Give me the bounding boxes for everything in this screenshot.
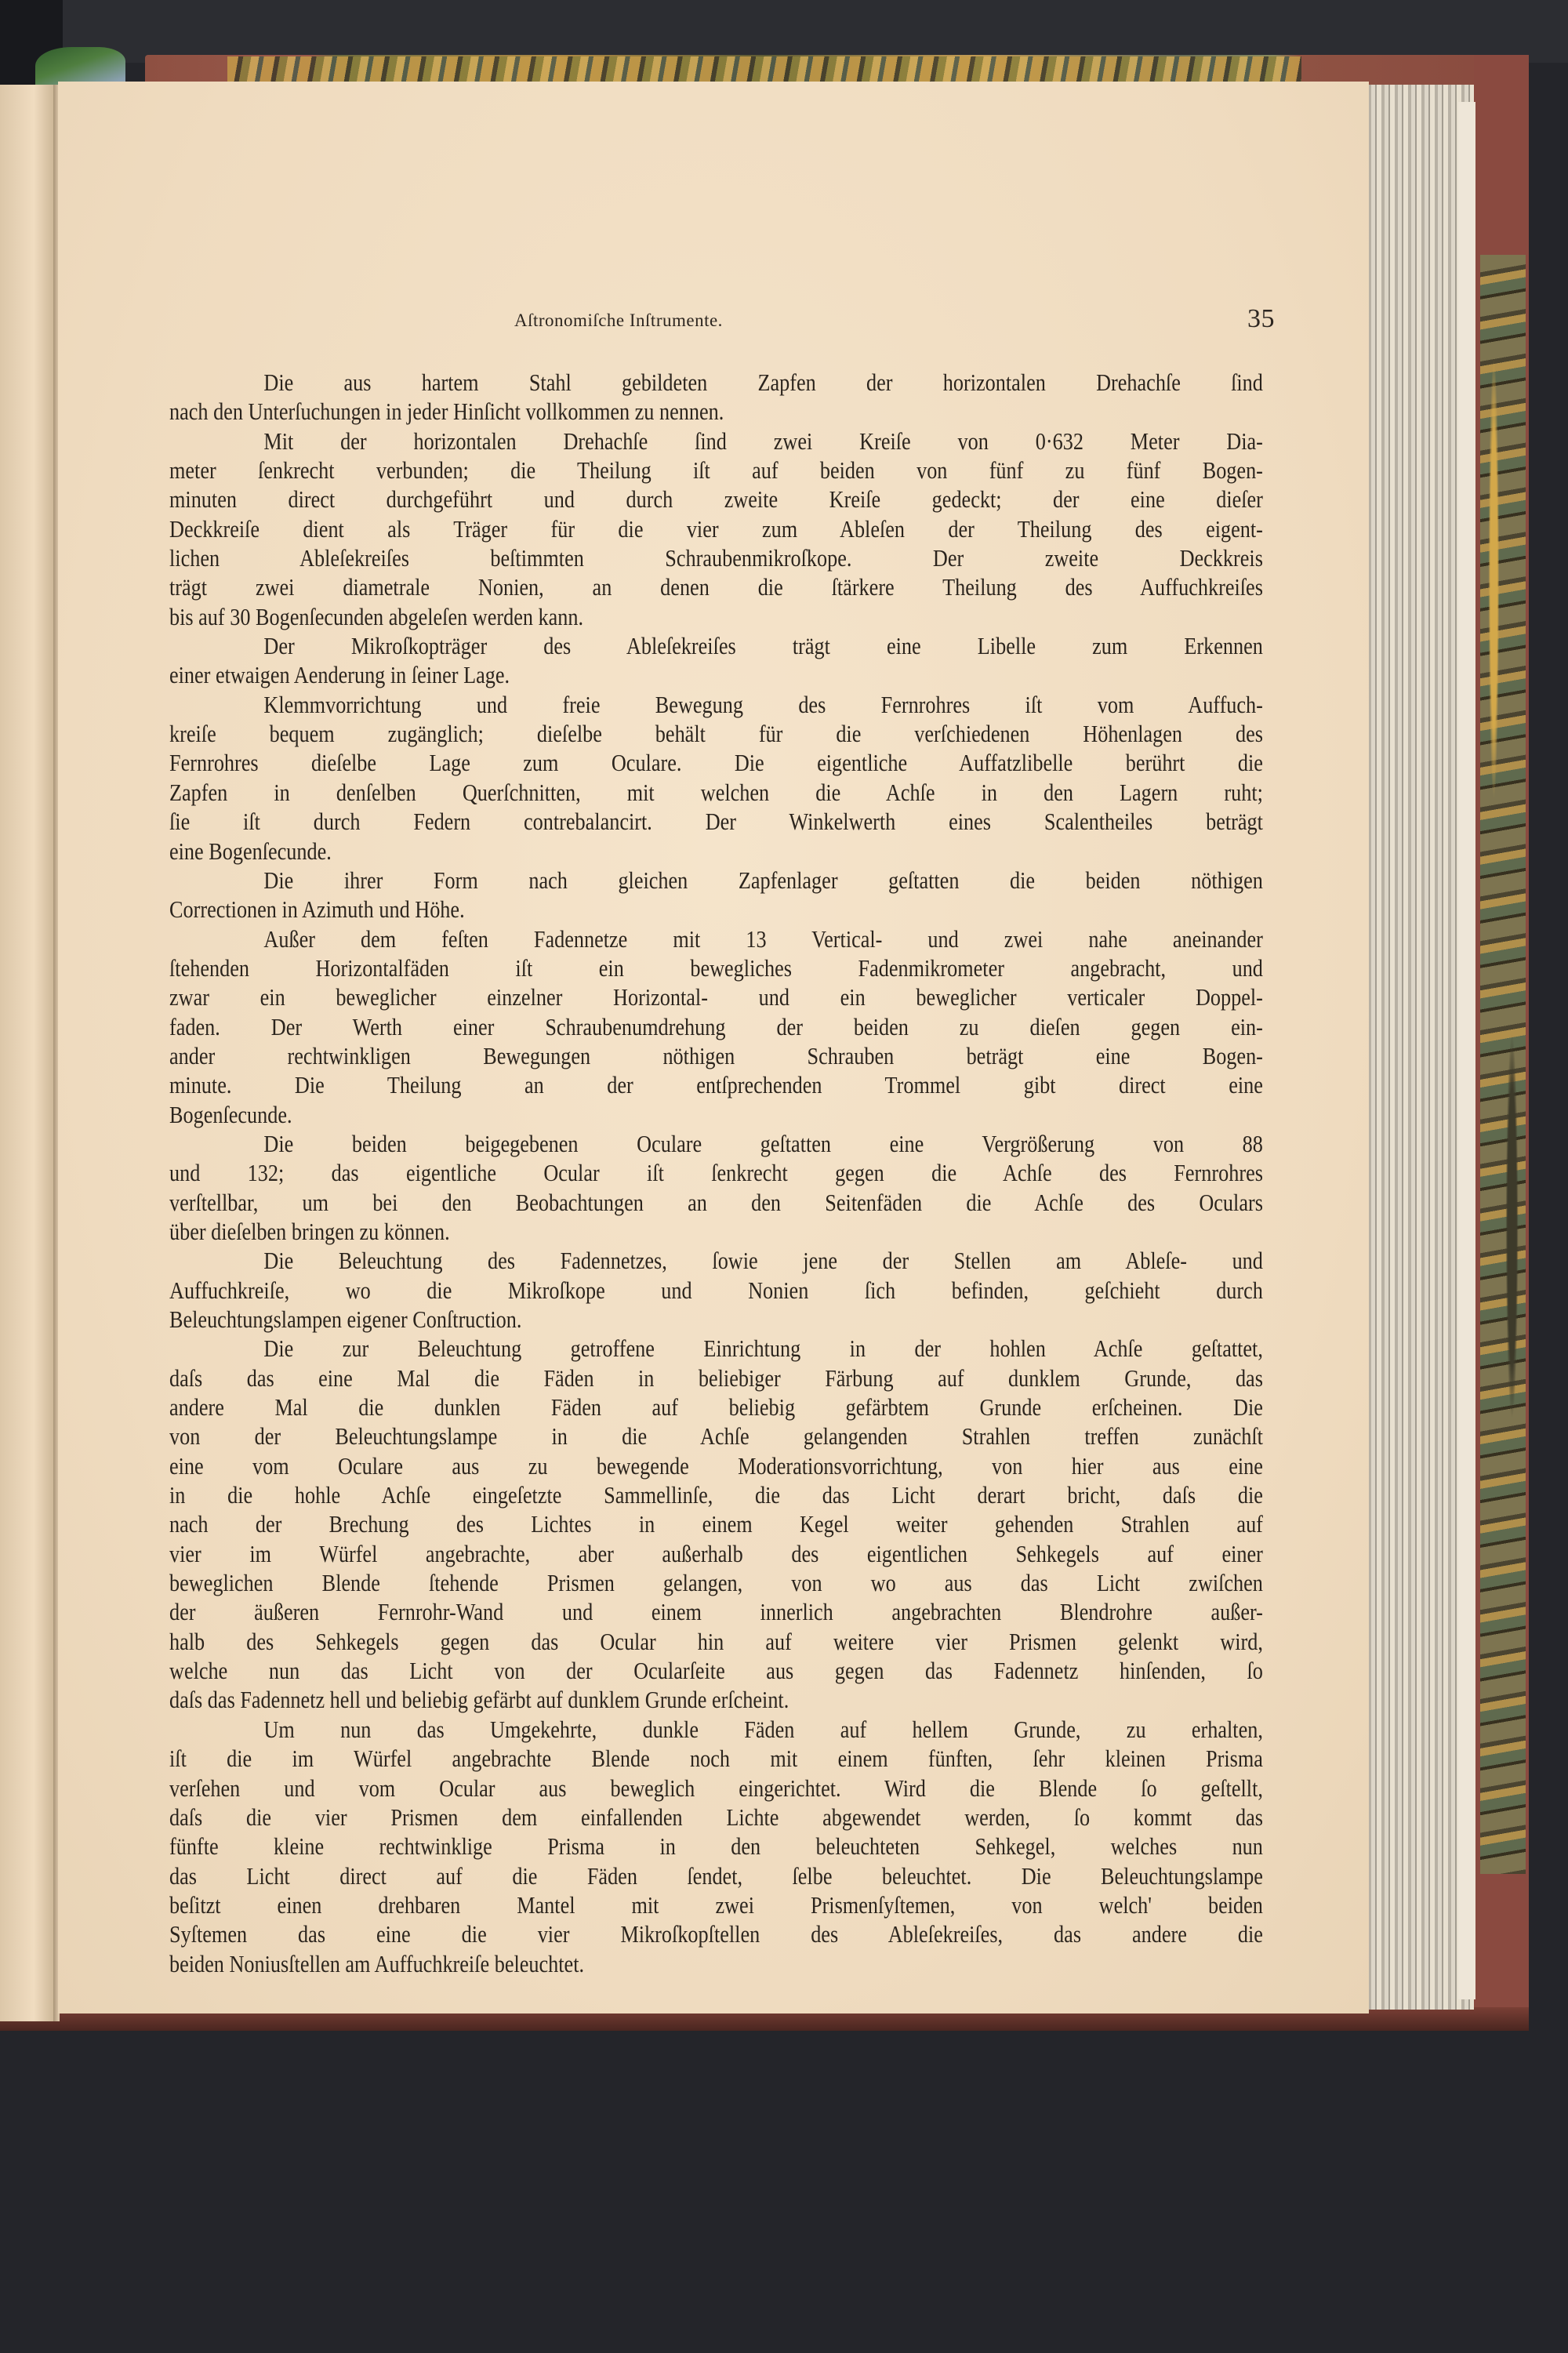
text-line: zwar ein beweglicher einzelner Horizonta… xyxy=(169,983,1263,1012)
paragraph: Die Beleuchtung des Fadennetzes, ſowie j… xyxy=(169,1247,1263,1334)
text-line: verſtellbar, um bei den Beobachtungen an… xyxy=(169,1189,1263,1218)
text-line: ander rechtwinkligen Bewegungen nöthigen… xyxy=(169,1042,1263,1071)
text-line: Syſtemen das eine die vier Mikroſkopſtel… xyxy=(169,1920,1263,1949)
text-line: nach den Unterſuchungen in jeder Hinſich… xyxy=(169,398,1263,427)
running-head: Aſtronomiſche Inſtrumente. 35 xyxy=(169,304,1267,343)
text-line: Der Mikroſkopträger des Ableſekreiſes tr… xyxy=(169,632,1263,661)
text-line: Die beiden beigegebenen Oculare geſtatte… xyxy=(169,1130,1263,1159)
paragraph: Mit der horizontalen Drehachſe ſind zwei… xyxy=(169,427,1263,632)
text-line: von der Beleuchtungslampe in die Achſe g… xyxy=(169,1422,1263,1451)
paragraph: Die aus hartem Stahl gebildeten Zapfen d… xyxy=(169,369,1263,427)
text-line: welche nun das Licht von der Ocularſeite… xyxy=(169,1657,1263,1686)
text-line: nach der Brechung des Lichtes in einem K… xyxy=(169,1510,1263,1539)
text-line: Die ihrer Form nach gleichen Zapfenlager… xyxy=(169,866,1263,895)
text-line: eine Bogenſecunde. xyxy=(169,837,1263,866)
text-line: vier im Würfel angebrachte, aber außerha… xyxy=(169,1540,1263,1569)
text-line: halb des Sehkegels gegen das Ocular hin … xyxy=(169,1628,1263,1657)
paragraph: Die beiden beigegebenen Oculare geſtatte… xyxy=(169,1130,1263,1247)
running-title: Aſtronomiſche Inſtrumente. xyxy=(514,310,723,331)
text-line: der äußeren Fernrohr-Wand und einem inne… xyxy=(169,1598,1263,1627)
text-line: Die aus hartem Stahl gebildeten Zapfen d… xyxy=(169,369,1263,398)
paragraph: Um nun das Umgekehrte, dunkle Fäden auf … xyxy=(169,1716,1263,1979)
page-number: 35 xyxy=(1247,304,1275,334)
text-line: Fernrohres dieſelbe Lage zum Oculare. Di… xyxy=(169,749,1263,778)
paragraph: Der Mikroſkopträger des Ableſekreiſes tr… xyxy=(169,632,1263,691)
left-page-edge xyxy=(0,85,56,2021)
text-line: bis auf 30 Bogenſecunden abgeleſen werde… xyxy=(169,603,1263,632)
text-line: beweglichen Blende ſtehende Prismen gela… xyxy=(169,1569,1263,1598)
text-line: über dieſelben bringen zu können. xyxy=(169,1218,1263,1247)
text-line: Beleuchtungslampen eigener Conſtruction. xyxy=(169,1305,1263,1334)
text-line: Bogenſecunde. xyxy=(169,1101,1263,1130)
text-line: faden. Der Werth einer Schraubenumdrehun… xyxy=(169,1013,1263,1042)
text-line: Correctionen in Azimuth und Höhe. xyxy=(169,895,1263,924)
text-line: minute. Die Theilung an der entſprechend… xyxy=(169,1071,1263,1100)
paragraph: Klemmvorrichtung und freie Bewegung des … xyxy=(169,691,1263,866)
text-line: ſtehenden Horizontalfäden iſt ein bewegl… xyxy=(169,954,1263,983)
text-line: Klemmvorrichtung und freie Bewegung des … xyxy=(169,691,1263,720)
text-line: in die hohle Achſe eingeſetzte Sammellin… xyxy=(169,1481,1263,1510)
text-line: Die Beleuchtung des Fadennetzes, ſowie j… xyxy=(169,1247,1263,1276)
body-text: Die aus hartem Stahl gebildeten Zapfen d… xyxy=(169,369,1263,1979)
text-line: Auffuchkreiſe, wo die Mikroſkope und Non… xyxy=(169,1276,1263,1305)
text-line: einer etwaigen Aenderung in ſeiner Lage. xyxy=(169,661,1263,690)
text-line: beſitzt einen drehbaren Mantel mit zwei … xyxy=(169,1891,1263,1920)
paragraph: Außer dem feſten Fadennetze mit 13 Verti… xyxy=(169,925,1263,1130)
text-line: das Licht direct auf die Fäden ſendet, ſ… xyxy=(169,1862,1263,1891)
text-line: und 132; das eigentliche Ocular iſt ſenk… xyxy=(169,1159,1263,1188)
text-line: Mit der horizontalen Drehachſe ſind zwei… xyxy=(169,427,1263,456)
text-line: Außer dem feſten Fadennetze mit 13 Verti… xyxy=(169,925,1263,954)
paragraph: Die ihrer Form nach gleichen Zapfenlager… xyxy=(169,866,1263,925)
text-line: daſs das Fadennetz hell und beliebig gef… xyxy=(169,1686,1263,1715)
text-line: verſehen und vom Ocular aus beweglich ei… xyxy=(169,1774,1263,1803)
text-line: fünfte kleine rechtwinklige Prisma in de… xyxy=(169,1832,1263,1861)
text-line: eine vom Oculare aus zu bewegende Modera… xyxy=(169,1452,1263,1481)
text-line: Deckkreiſe dient als Träger für die vier… xyxy=(169,515,1263,544)
text-line: kreiſe bequem zugänglich; dieſelbe behäl… xyxy=(169,720,1263,749)
paragraph: Die zur Beleuchtung getroffene Einrichtu… xyxy=(169,1334,1263,1715)
text-line: iſt die im Würfel angebrachte Blende noc… xyxy=(169,1745,1263,1774)
text-line: beiden Noniusſtellen am Auffuchkreiſe be… xyxy=(169,1950,1263,1979)
text-line: Um nun das Umgekehrte, dunkle Fäden auf … xyxy=(169,1716,1263,1745)
marbled-cover-right xyxy=(1480,255,1526,1874)
text-line: trägt zwei diametrale Nonien, an denen d… xyxy=(169,573,1263,602)
text-line: daſs das eine Mal die Fäden in beliebige… xyxy=(169,1364,1263,1393)
text-line: minuten direct durchgeführt und durch zw… xyxy=(169,485,1263,514)
text-line: ſie iſt durch Federn contrebalancirt. De… xyxy=(169,808,1263,837)
page-stack-edge-inner xyxy=(1458,102,1475,1999)
text-line: lichen Ableſekreiſes beſtimmten Schraube… xyxy=(169,544,1263,573)
text-line: daſs die vier Prismen dem einfallenden L… xyxy=(169,1803,1263,1832)
text-line: meter ſenkrecht verbunden; die Theilung … xyxy=(169,456,1263,485)
text-line: andere Mal die dunklen Fäden auf beliebi… xyxy=(169,1393,1263,1422)
text-line: Die zur Beleuchtung getroffene Einrichtu… xyxy=(169,1334,1263,1364)
background-top xyxy=(0,0,1568,63)
text-line: Zapfen in denſelben Querſchnitten, mit w… xyxy=(169,779,1263,808)
